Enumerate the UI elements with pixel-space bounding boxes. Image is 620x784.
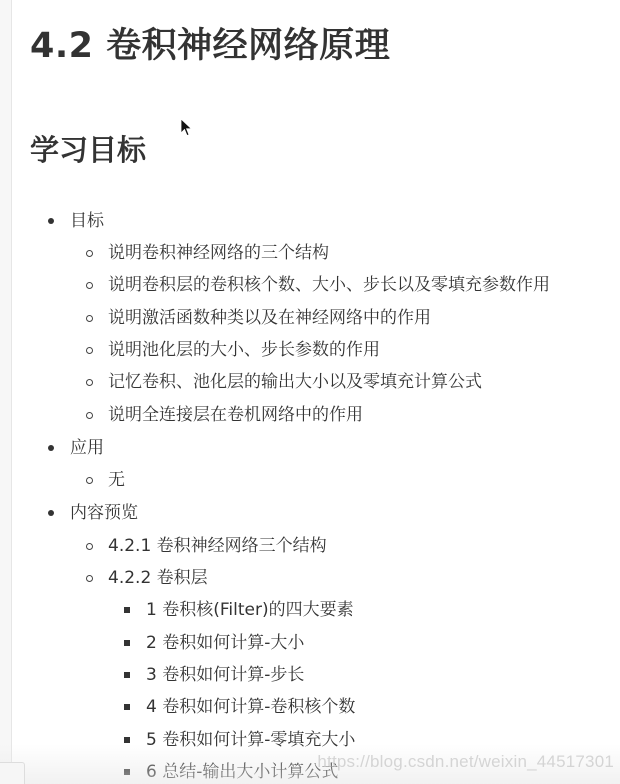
circle-bullet-icon xyxy=(82,464,96,496)
circle-bullet-icon xyxy=(82,237,96,269)
circle-bullet-icon xyxy=(82,269,96,301)
list-item-label: 6 总结-输出大小计算公式 xyxy=(146,756,338,784)
square-bullet-icon xyxy=(120,659,134,691)
list-item-label: 应用 xyxy=(70,432,104,464)
list-item-label: 目标 xyxy=(70,205,104,237)
disc-bullet-icon xyxy=(44,497,58,529)
circle-bullet-icon xyxy=(82,562,96,594)
list-item-label: 4.2.1 卷积神经网络三个结构 xyxy=(108,530,327,562)
square-bullet-icon xyxy=(120,691,134,723)
section-heading: 学习目标 xyxy=(30,130,146,170)
list-item-label: 3 卷积如何计算-步长 xyxy=(146,659,304,691)
list-item-label: 说明激活函数种类以及在神经网络中的作用 xyxy=(108,302,431,334)
watermark: https://blog.csdn.net/weixin_44517301 xyxy=(317,752,614,772)
square-bullet-icon xyxy=(120,627,134,659)
page-title: 4.2 卷积神经网络原理 xyxy=(30,24,390,68)
circle-bullet-icon xyxy=(82,366,96,398)
corner-panel-edge xyxy=(0,762,25,784)
square-bullet-icon xyxy=(120,756,134,784)
list-item-label: 4.2.2 卷积层 xyxy=(108,562,208,594)
list-item-label: 2 卷积如何计算-大小 xyxy=(146,627,304,659)
list-item-label: 记忆卷积、池化层的输出大小以及零填充计算公式 xyxy=(108,366,482,398)
list-item-label: 说明卷积神经网络的三个结构 xyxy=(108,237,329,269)
list-item-label: 4 卷积如何计算-卷积核个数 xyxy=(146,691,355,723)
circle-bullet-icon xyxy=(82,399,96,431)
list-item-label: 无 xyxy=(108,464,125,496)
list-item-label: 内容预览 xyxy=(70,497,138,529)
circle-bullet-icon xyxy=(82,302,96,334)
list-item-label: 说明卷积层的卷积核个数、大小、步长以及零填充参数作用 xyxy=(108,269,550,301)
square-bullet-icon xyxy=(120,724,134,756)
mouse-pointer-icon xyxy=(180,118,194,138)
circle-bullet-icon xyxy=(82,334,96,366)
list-item-label: 说明全连接层在卷机网络中的作用 xyxy=(108,399,363,431)
square-bullet-icon xyxy=(120,594,134,626)
list-item-label: 说明池化层的大小、步长参数的作用 xyxy=(108,334,380,366)
circle-bullet-icon xyxy=(82,530,96,562)
left-gutter xyxy=(0,0,12,784)
disc-bullet-icon xyxy=(44,432,58,464)
list-item-label: 1 卷积核(Filter)的四大要素 xyxy=(146,594,354,626)
disc-bullet-icon xyxy=(44,205,58,237)
